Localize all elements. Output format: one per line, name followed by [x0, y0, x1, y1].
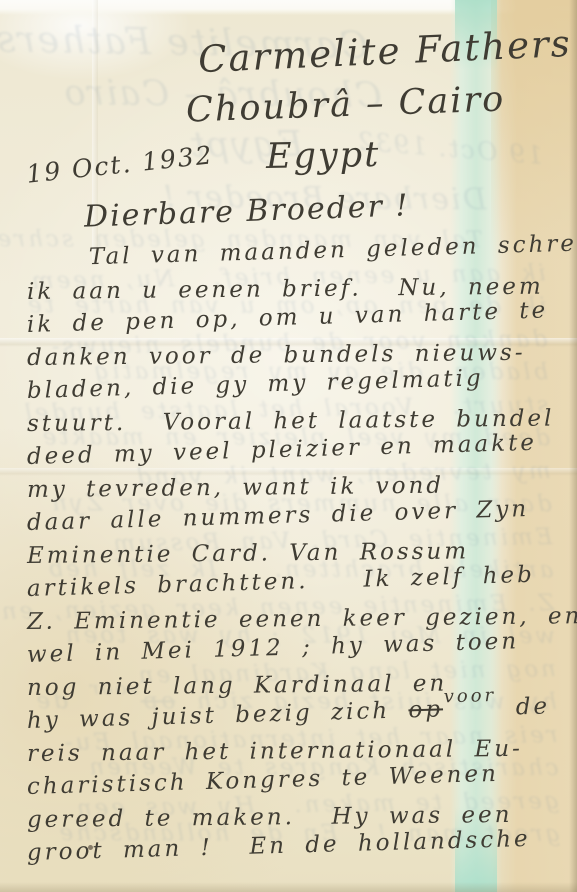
body-line: Tal van maanden geleden schreef: [27, 228, 563, 276]
inserted-word-above: voor: [443, 685, 496, 707]
letter-date: 19 Oct. 1932: [25, 140, 215, 188]
salutation: Dierbare Broeder !: [83, 188, 410, 234]
line-post-text: de: [497, 693, 550, 720]
letterhead-line-1: Carmelite Fathers: [197, 22, 572, 81]
letterhead-line-3: Egypt: [266, 135, 381, 177]
letter-content: Carmelite Fathers Choubrâ – Cairo Egypt …: [0, 0, 577, 892]
line-pre-text: hy was juist bezig zich: [27, 697, 409, 734]
letter-body: Tal van maanden geleden schreef ik aan u…: [27, 243, 562, 870]
letterhead-line-2: Choubrâ – Cairo: [185, 79, 506, 130]
struck-word: op: [408, 696, 443, 723]
paper-sheet: Carmelite Fathers Choubrâ – Cairo Egypt …: [0, 0, 577, 892]
